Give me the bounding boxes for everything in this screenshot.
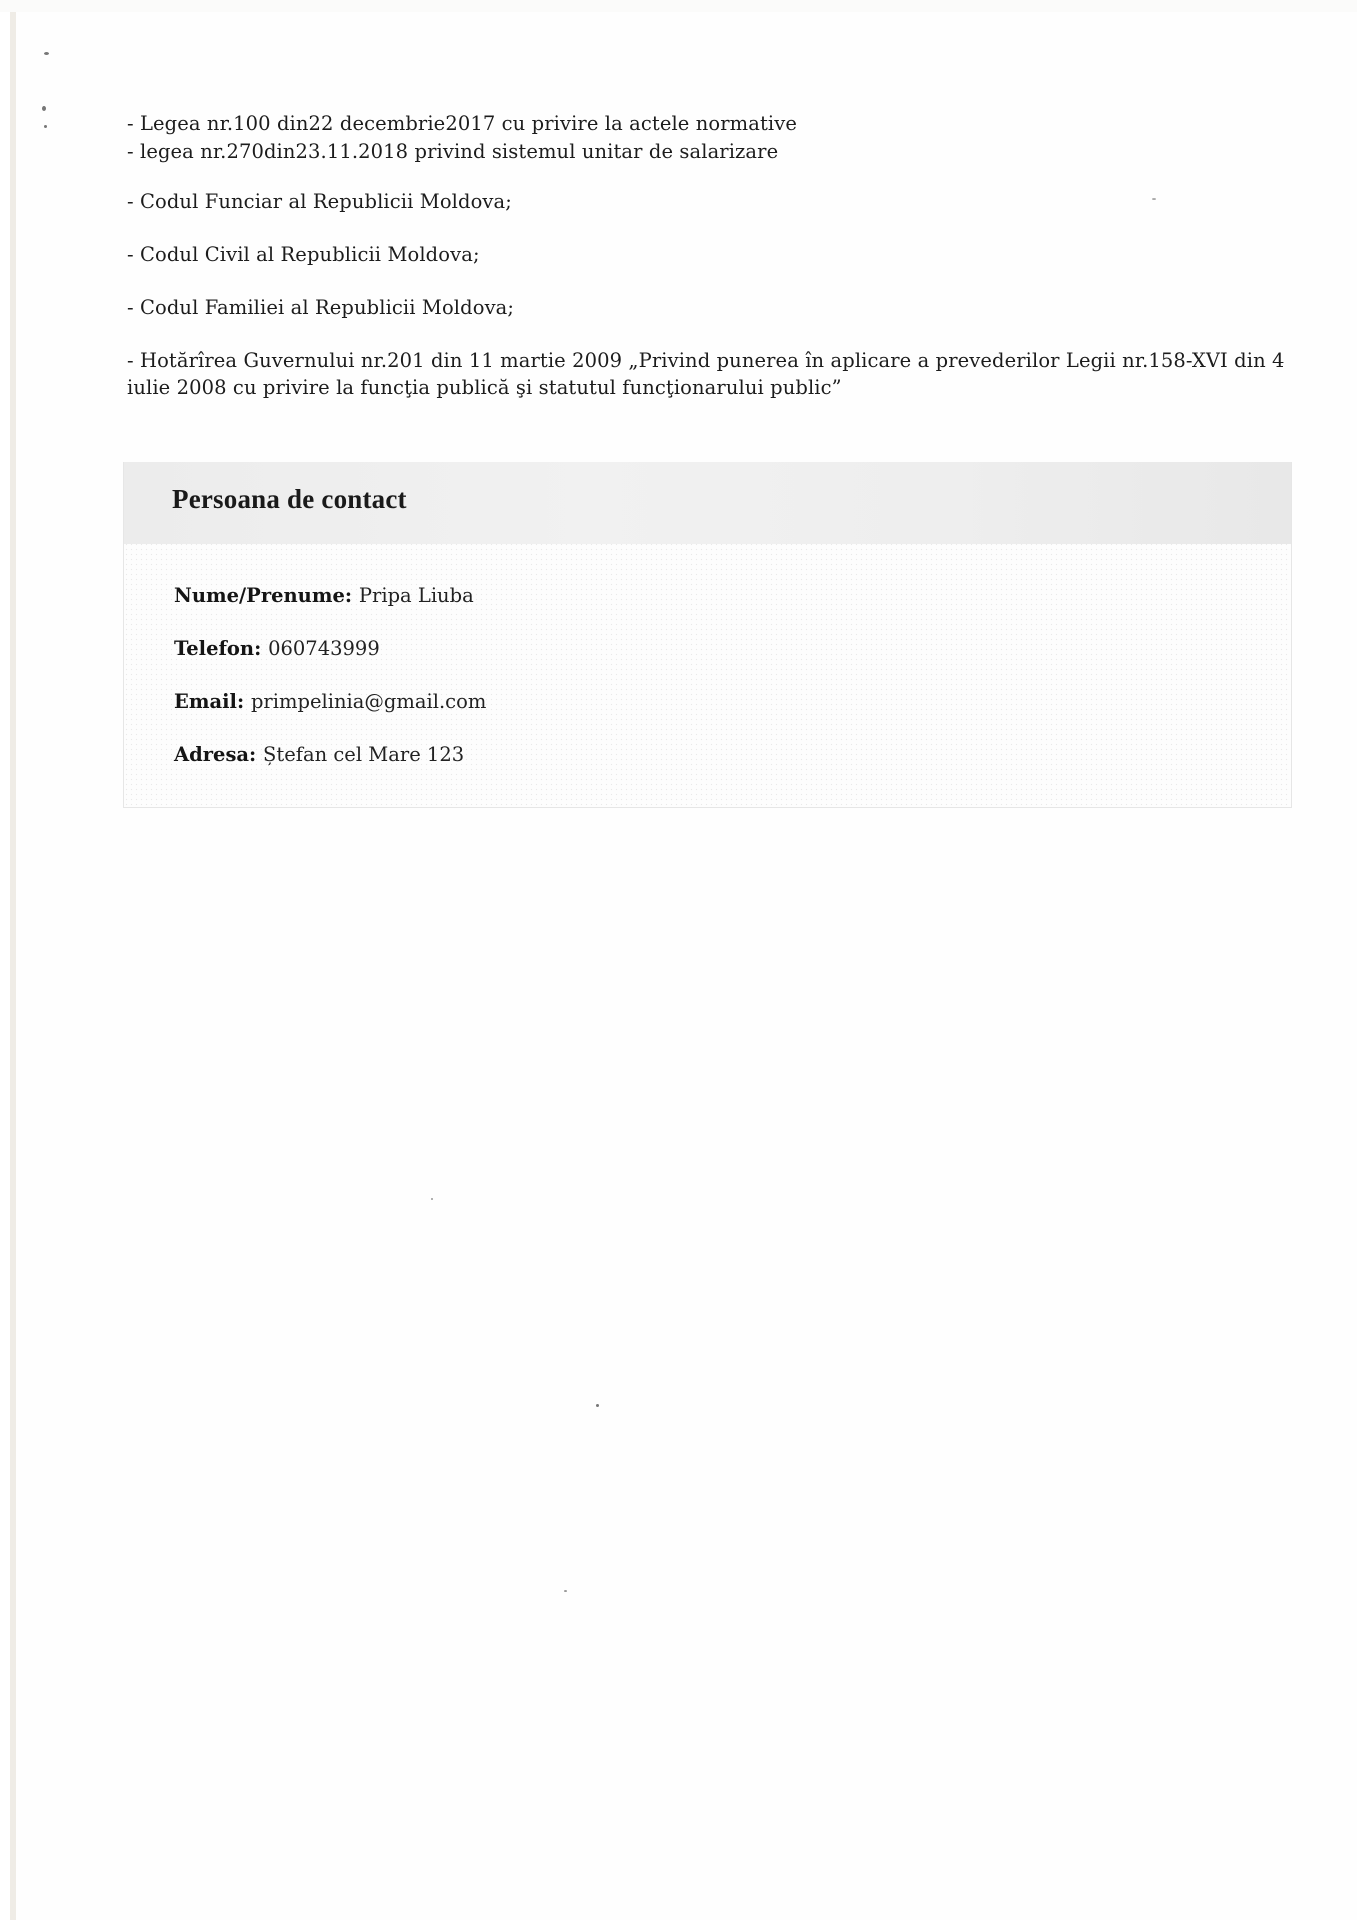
legal-basis-item: - Codul Civil al Republicii Moldova; xyxy=(127,241,1297,269)
legal-basis-item: - Hotărîrea Guvernului nr.201 din 11 mar… xyxy=(127,347,1297,401)
scan-speck xyxy=(431,1198,433,1200)
contact-header: Persoana de contact xyxy=(124,462,1291,544)
legal-basis-item: - legea nr.270din23.11.2018 privind sist… xyxy=(127,138,1297,166)
contact-title: Persoana de contact xyxy=(172,484,407,515)
scan-speck xyxy=(564,1590,567,1592)
contact-field-address: Adresa: Ștefan cel Mare 123 xyxy=(174,743,486,796)
field-label: Adresa: xyxy=(174,743,263,766)
contact-fields: Nume/Prenume: Pripa Liuba Telefon: 06074… xyxy=(174,584,486,796)
scan-speck xyxy=(42,106,46,111)
scan-speck xyxy=(596,1404,599,1407)
scan-top-edge xyxy=(0,0,1357,12)
scan-speck xyxy=(44,125,47,128)
contact-field-name: Nume/Prenume: Pripa Liuba xyxy=(174,584,486,637)
field-value: primpelinia@gmail.com xyxy=(251,690,486,713)
field-value: Pripa Liuba xyxy=(359,584,474,607)
field-value: Ștefan cel Mare 123 xyxy=(263,743,464,766)
field-label: Nume/Prenume: xyxy=(174,584,359,607)
contact-field-phone: Telefon: 060743999 xyxy=(174,637,486,690)
legal-basis-item: - Codul Funciar al Republicii Moldova; xyxy=(127,188,1297,216)
legal-basis-item: - Codul Familiei al Republicii Moldova; xyxy=(127,294,1297,322)
field-value: 060743999 xyxy=(268,637,380,660)
contact-person-box: Persoana de contact Nume/Prenume: Pripa … xyxy=(123,462,1292,808)
legal-basis-item: - Legea nr.100 din22 decembrie2017 cu pr… xyxy=(127,110,1297,138)
field-label: Email: xyxy=(174,690,251,713)
legal-basis-list: - Legea nr.100 din22 decembrie2017 cu pr… xyxy=(127,110,1297,401)
scan-speck xyxy=(44,52,49,55)
field-label: Telefon: xyxy=(174,637,268,660)
contact-field-email: Email: primpelinia@gmail.com xyxy=(174,690,486,743)
